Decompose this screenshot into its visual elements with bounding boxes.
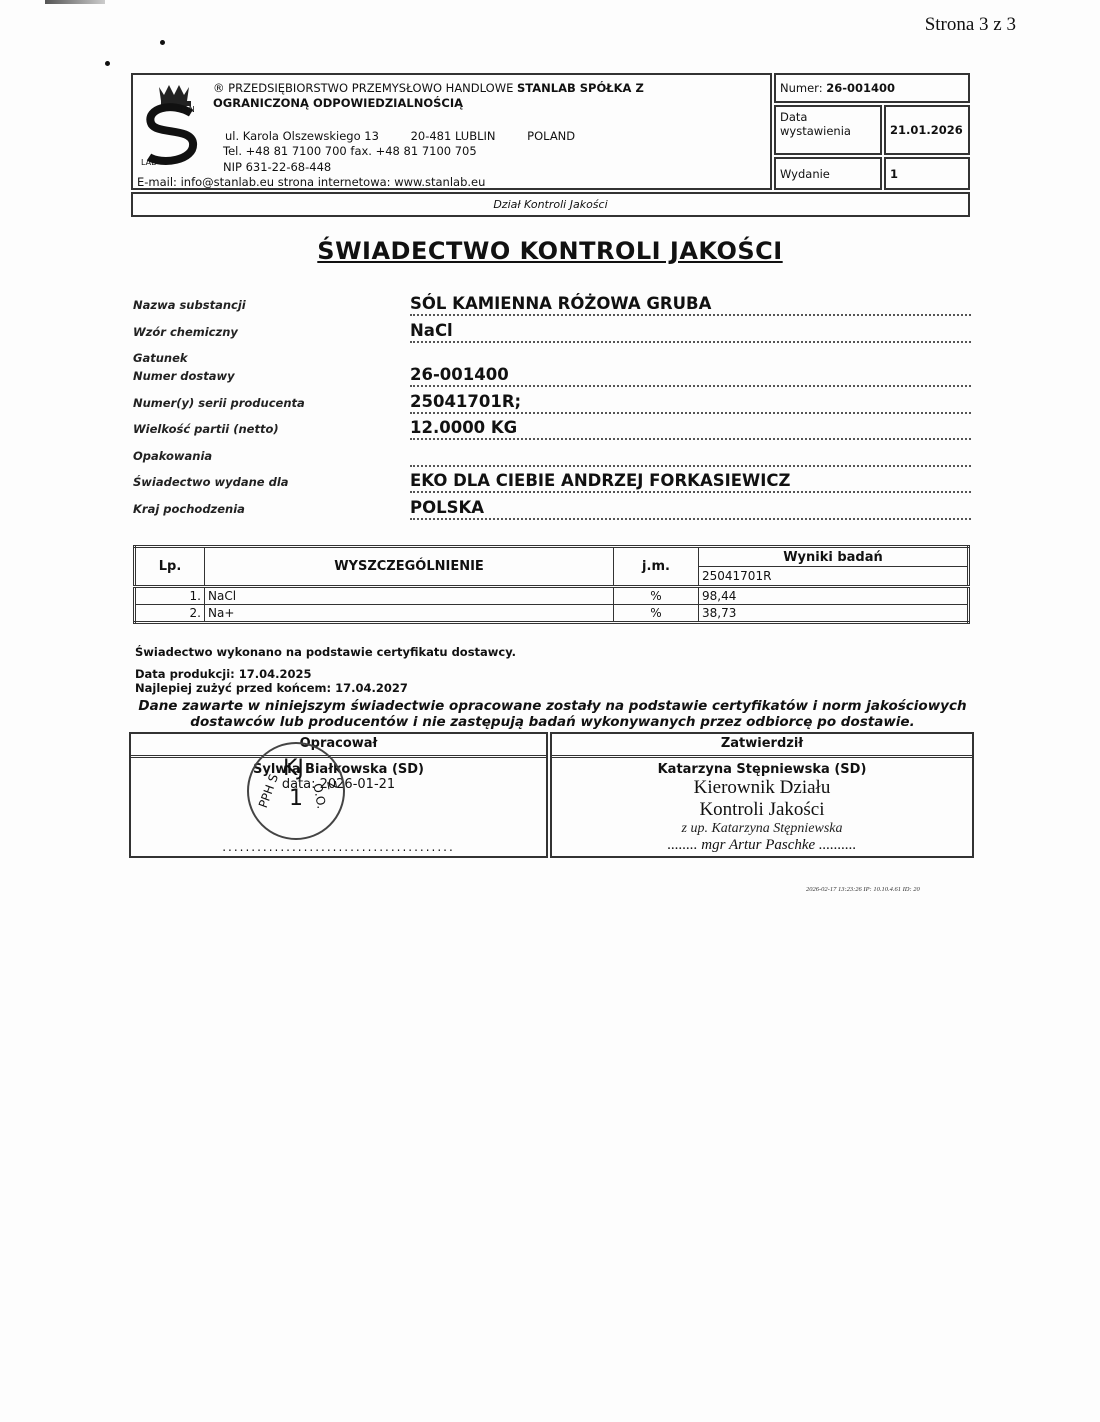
document-title: ŚWIADECTWO KONTROLI JAKOŚCI xyxy=(0,237,1100,265)
edition-value: 1 xyxy=(884,157,970,190)
approved-header: Zatwierdził xyxy=(552,734,972,758)
field-value: 26-001400 xyxy=(410,364,971,387)
disclaimer: Dane zawarte w niniejszym świadectwie op… xyxy=(120,698,985,730)
scan-artifact xyxy=(45,0,105,4)
scan-dot xyxy=(160,40,165,45)
production-date: Data produkcji: 17.04.2025 xyxy=(135,667,516,681)
field-label: Świadectwo wydane dla xyxy=(133,475,289,489)
basis-note: Świadectwo wykonano na podstawie certyfi… xyxy=(135,645,516,659)
results-table: Lp. WYSZCZEGÓLNIENIE j.m. Wyniki badań 2… xyxy=(133,545,970,624)
field-value: EKO DLA CIEBIE ANDRZEJ FORKASIEWICZ xyxy=(410,470,971,493)
field-value: NaCl xyxy=(410,320,971,343)
field-row: Świadectwo wydane dlaEKO DLA CIEBIE ANDR… xyxy=(133,470,971,497)
approved-name: Katarzyna Stępniewska (SD) xyxy=(552,762,972,777)
cell-unit: % xyxy=(614,587,699,605)
disclaimer-line: Dane zawarte w niniejszym świadectwie op… xyxy=(120,698,985,714)
field-value: POLSKA xyxy=(410,497,971,520)
best-before: Najlepiej zużyć przed końcem: 17.04.2027 xyxy=(135,681,516,695)
crown-s-logo-icon: TAN LAB xyxy=(141,81,203,166)
col-item: WYSZCZEGÓLNIENIE xyxy=(205,547,614,587)
col-batch: 25041701R xyxy=(699,567,969,587)
field-label: Numer(y) serii producenta xyxy=(133,396,305,410)
prepared-header: Opracował xyxy=(131,734,546,758)
company-address: ul. Karola Olszewskiego 13 20-481 LUBLIN… xyxy=(225,129,575,143)
signatory: ........ mgr Artur Paschke .......... xyxy=(552,837,972,854)
field-value: 12.0000 KG xyxy=(410,417,971,440)
field-label: Wielkość partii (netto) xyxy=(133,422,279,436)
document-number: Numer: 26-001400 xyxy=(774,73,970,103)
cell-value: 38,73 xyxy=(699,605,969,623)
scan-dot xyxy=(105,61,110,66)
field-row: Nazwa substancjiSÓL KAMIENNA RÓŻOWA GRUB… xyxy=(133,293,971,320)
issue-date-label: Data wystawienia xyxy=(774,105,882,155)
cell-lp: 1. xyxy=(135,587,205,605)
field-label: Opakowania xyxy=(133,449,212,463)
stamp-code: KJ xyxy=(283,756,304,781)
numer-value: 26-001400 xyxy=(826,81,895,95)
company-name: ® PRZEDSIĘBIORSTWO PRZEMYSŁOWO HANDLOWE … xyxy=(213,81,644,111)
field-row: Numer(y) serii producenta25041701R; xyxy=(133,391,971,418)
company-name-bold-1: STANLAB SPÓŁKA Z xyxy=(517,81,644,95)
round-stamp-icon: KJ 1 PPH S Z O.O. xyxy=(247,742,345,840)
field-label: Wzór chemiczny xyxy=(133,325,238,339)
numer-label: Numer: xyxy=(780,81,823,95)
company-info-box: TAN LAB ® PRZEDSIĘBIORSTWO PRZEMYSŁOWO H… xyxy=(131,73,772,190)
approved-by-box: Zatwierdził Katarzyna Stępniewska (SD) K… xyxy=(550,732,974,858)
field-value: SÓL KAMIENNA RÓŻOWA GRUBA xyxy=(410,293,971,316)
document-header: TAN LAB ® PRZEDSIĘBIORSTWO PRZEMYSŁOWO H… xyxy=(131,73,970,217)
approved-stamp-line: Kierownik Działu xyxy=(552,777,972,799)
field-row: Wzór chemicznyNaCl xyxy=(133,320,971,347)
prepared-by-box: Opracował Sylwia Białkowska (SD) data: 2… xyxy=(129,732,548,858)
field-row: Numer dostawy26-001400 xyxy=(133,364,971,391)
table-row: 1. NaCl % 98,44 xyxy=(135,587,969,605)
col-lp: Lp. xyxy=(135,547,205,587)
table-row: 2. Na+ % 38,73 xyxy=(135,605,969,623)
company-prefix: ® PRZEDSIĘBIORSTWO PRZEMYSŁOWO HANDLOWE xyxy=(213,81,513,95)
field-label: Nazwa substancji xyxy=(133,298,246,312)
stamp-left-text: PPH S xyxy=(256,772,281,810)
company-name-bold-2: OGRANICZONĄ ODPOWIEDZIALNOŚCIĄ xyxy=(213,96,463,110)
prepared-signature-line: ........................................ xyxy=(131,840,546,854)
field-value: 25041701R; xyxy=(410,391,971,414)
cell-value: 98,44 xyxy=(699,587,969,605)
field-row: Gatunek xyxy=(133,346,971,364)
signatures: Opracował Sylwia Białkowska (SD) data: 2… xyxy=(129,732,974,858)
field-row: Wielkość partii (netto)12.0000 KG xyxy=(133,417,971,444)
product-fields: Nazwa substancjiSÓL KAMIENNA RÓŻOWA GRUB… xyxy=(133,293,971,523)
country: POLAND xyxy=(527,129,575,143)
cell-lp: 2. xyxy=(135,605,205,623)
field-label: Gatunek xyxy=(133,351,188,365)
print-metadata: 2026-02-17 13:23:26 IP: 10.10.4.61 ID: 2… xyxy=(806,886,920,893)
page-indicator: Strona 3 z 3 xyxy=(925,14,1016,36)
svg-text:LAB: LAB xyxy=(141,158,157,166)
cell-item: Na+ xyxy=(205,605,614,623)
cell-unit: % xyxy=(614,605,699,623)
handwritten-signature: z up. Katarzyna Stępniewska xyxy=(552,821,972,837)
col-unit: j.m. xyxy=(614,547,699,587)
email-web: E-mail: info@stanlab.eu strona interneto… xyxy=(137,175,485,189)
field-row: Opakowania xyxy=(133,444,971,471)
department: Dział Kontroli Jakości xyxy=(131,192,970,217)
stamp-number: 1 xyxy=(289,786,303,811)
cell-item: NaCl xyxy=(205,587,614,605)
notes: Świadectwo wykonano na podstawie certyfi… xyxy=(135,645,516,695)
disclaimer-line: dostawców lub producentów i nie zastępuj… xyxy=(120,714,985,730)
nip: NIP 631-22-68-448 xyxy=(223,160,331,174)
field-label: Kraj pochodzenia xyxy=(133,502,245,516)
edition-label: Wydanie xyxy=(774,157,882,190)
postal-city: 20-481 LUBLIN xyxy=(411,129,496,143)
field-value xyxy=(410,444,971,467)
stamp-right-text: Z O.O. xyxy=(310,780,343,816)
issue-date-value: 21.01.2026 xyxy=(884,105,970,155)
approved-stamp-line: Kontroli Jakości xyxy=(552,799,972,821)
street: ul. Karola Olszewskiego 13 xyxy=(225,129,379,143)
field-row: Kraj pochodzeniaPOLSKA xyxy=(133,497,971,524)
phone-fax: Tel. +48 81 7100 700 fax. +48 81 7100 70… xyxy=(223,144,477,158)
col-results: Wyniki badań xyxy=(699,547,969,567)
svg-text:TAN: TAN xyxy=(178,105,195,114)
field-label: Numer dostawy xyxy=(133,369,235,383)
